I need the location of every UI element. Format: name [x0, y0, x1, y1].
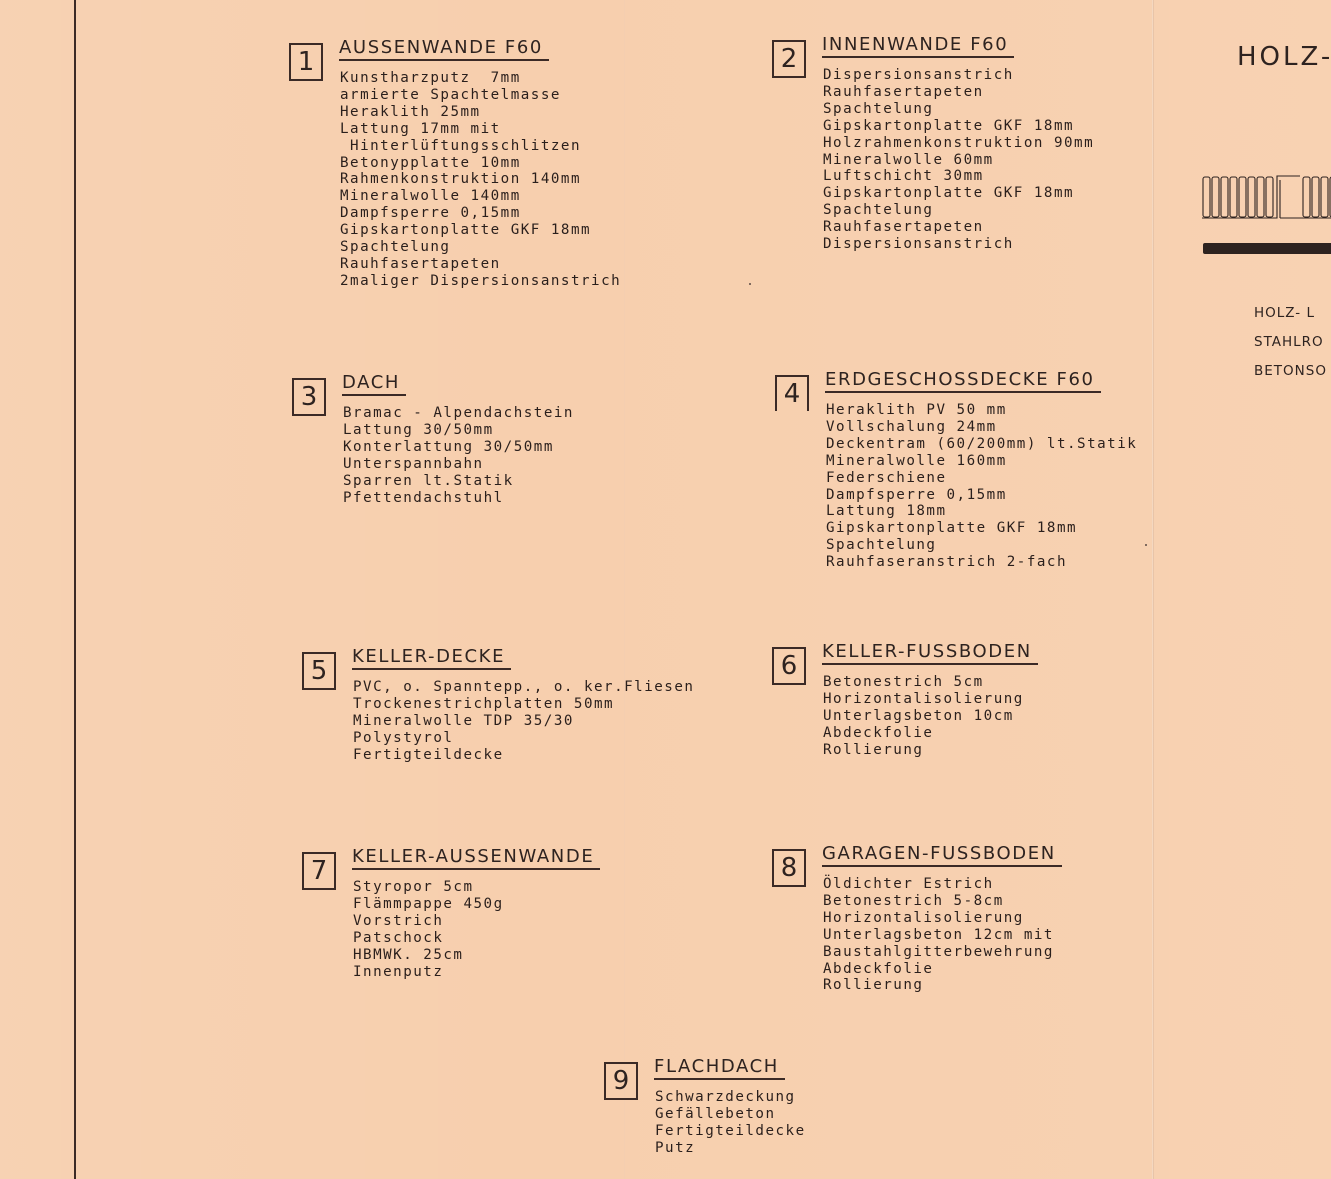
layer-list: Öldichter EstrichBetonestrich 5-8cmHoriz…: [823, 876, 1054, 994]
list-item: Vorstrich: [353, 913, 504, 930]
list-item: Dispersionsanstrich: [823, 67, 1094, 84]
list-item: Abdeckfolie: [823, 961, 1054, 978]
section-number-box: 9: [604, 1062, 638, 1100]
list-item: Betonestrich 5-8cm: [823, 893, 1054, 910]
list-item: Spachtelung: [823, 101, 1094, 118]
list-item: Rollierung: [823, 977, 1054, 994]
list-item: Gipskartonplatte GKF 18mm: [340, 222, 621, 239]
layer-list: SchwarzdeckungGefällebetonFertigteildeck…: [655, 1089, 806, 1157]
list-item: Luftschicht 30mm: [823, 168, 1094, 185]
list-item: Spachtelung: [826, 537, 1137, 554]
list-item: Gipskartonplatte GKF 18mm: [826, 520, 1137, 537]
list-item: Konterlattung 30/50mm: [343, 439, 574, 456]
list-item: Sparren lt.Statik: [343, 473, 574, 490]
section-number-box: 7: [302, 852, 336, 890]
layer-list: PVC, o. Spanntepp., o. ker.FliesenTrocke…: [353, 679, 694, 764]
list-item: Rollierung: [823, 742, 1024, 759]
list-item: HBMWK. 25cm: [353, 947, 504, 964]
list-item: Rahmenkonstruktion 140mm: [340, 171, 621, 188]
list-item: Lattung 17mm mit: [340, 121, 621, 138]
section-number-box: 3: [292, 378, 326, 416]
list-item: Polystyrol: [353, 730, 694, 747]
list-item: Kunstharzputz 7mm: [340, 70, 621, 87]
list-item: Rauhfaseranstrich 2-fach: [826, 554, 1137, 571]
section-title: AUSSENWANDE F60: [339, 37, 549, 61]
layer-list: Bramac - AlpendachsteinLattung 30/50mmKo…: [343, 405, 574, 506]
list-item: Heraklith PV 50 mm: [826, 402, 1137, 419]
section-number-box: 4: [775, 375, 809, 411]
section-title: INNENWANDE F60: [822, 34, 1014, 58]
section-number-box: 1: [289, 43, 323, 81]
section-title: KELLER-DECKE: [352, 646, 511, 670]
list-item: Mineralwolle 60mm: [823, 152, 1094, 169]
list-item: Vollschalung 24mm: [826, 419, 1137, 436]
list-item: Mineralwolle 160mm: [826, 453, 1137, 470]
list-item: Hinterlüftungsschlitzen: [340, 138, 621, 155]
list-item: Gipskartonplatte GKF 18mm: [823, 118, 1094, 135]
section-title: FLACHDACH: [654, 1056, 785, 1080]
section-title: DACH: [342, 372, 406, 396]
paper-speck: [1145, 544, 1147, 546]
list-item: Mineralwolle 140mm: [340, 188, 621, 205]
list-item: Heraklith 25mm: [340, 104, 621, 121]
list-item: BETONSO: [1254, 357, 1327, 386]
paper-speck: [749, 283, 751, 285]
list-item: Fertigteildecke: [353, 747, 694, 764]
right-panel-title: HOLZ-: [1237, 42, 1331, 72]
layer-list: DispersionsanstrichRauhfasertapetenSpach…: [823, 67, 1094, 253]
section-number-box: 5: [302, 652, 336, 690]
section-title: ERDGESCHOSSDECKE F60: [825, 369, 1101, 393]
list-item: Abdeckfolie: [823, 725, 1024, 742]
list-item: Rauhfasertapeten: [823, 84, 1094, 101]
list-item: Baustahlgitterbewehrung: [823, 944, 1054, 961]
list-item: Spachtelung: [823, 202, 1094, 219]
list-item: Pfettendachstuhl: [343, 490, 574, 507]
paper-fold-right: [1152, 0, 1154, 1179]
list-item: Styropor 5cm: [353, 879, 504, 896]
layer-list: Betonestrich 5cmHorizontalisolierungUnte…: [823, 674, 1024, 759]
list-item: Betonestrich 5cm: [823, 674, 1024, 691]
list-item: Holzrahmenkonstruktion 90mm: [823, 135, 1094, 152]
right-panel-labels: HOLZ- LSTAHLROBETONSO: [1254, 299, 1327, 386]
list-item: Mineralwolle TDP 35/30: [353, 713, 694, 730]
list-item: Flämmpappe 450g: [353, 896, 504, 913]
section-title: KELLER-FUSSBODEN: [822, 641, 1038, 665]
list-item: Betonypplatte 10mm: [340, 155, 621, 172]
section-number-box: 6: [772, 647, 806, 685]
list-item: Fertigteildecke: [655, 1123, 806, 1140]
margin-border-line: [74, 0, 76, 1179]
list-item: 2maliger Dispersionsanstrich: [340, 273, 621, 290]
list-item: Horizontalisolierung: [823, 691, 1024, 708]
section-number-box: 8: [772, 849, 806, 887]
list-item: Unterlagsbeton 10cm: [823, 708, 1024, 725]
list-item: Öldichter Estrich: [823, 876, 1054, 893]
paper-background: [0, 0, 1331, 1179]
list-item: Trockenestrichplatten 50mm: [353, 696, 694, 713]
list-item: Dampfsperre 0,15mm: [340, 205, 621, 222]
list-item: Dispersionsanstrich: [823, 236, 1094, 253]
list-item: Gipskartonplatte GKF 18mm: [823, 185, 1094, 202]
list-item: Bramac - Alpendachstein: [343, 405, 574, 422]
layer-list: Kunstharzputz 7mmarmierte SpachtelmasseH…: [340, 70, 621, 290]
wall-section-legend-graphic: [1202, 174, 1331, 222]
list-item: Gefällebeton: [655, 1106, 806, 1123]
section-title: GARAGEN-FUSSBODEN: [822, 843, 1062, 867]
list-item: Unterlagsbeton 12cm mit: [823, 927, 1054, 944]
list-item: Lattung 30/50mm: [343, 422, 574, 439]
list-item: HOLZ- L: [1254, 299, 1327, 328]
list-item: Rauhfasertapeten: [340, 256, 621, 273]
list-item: STAHLRO: [1254, 328, 1327, 357]
section-title: KELLER-AUSSENWANDE: [352, 846, 600, 870]
layer-list: Styropor 5cmFlämmpappe 450gVorstrichPats…: [353, 879, 504, 980]
list-item: Putz: [655, 1140, 806, 1157]
list-item: armierte Spachtelmasse: [340, 87, 621, 104]
paper-fold-center: [624, 0, 625, 1179]
list-item: Rauhfasertapeten: [823, 219, 1094, 236]
list-item: Federschiene: [826, 470, 1137, 487]
list-item: Unterspannbahn: [343, 456, 574, 473]
list-item: Lattung 18mm: [826, 503, 1137, 520]
layer-list: Heraklith PV 50 mmVollschalung 24mmDecke…: [826, 402, 1137, 571]
list-item: Dampfsperre 0,15mm: [826, 487, 1137, 504]
list-item: Patschock: [353, 930, 504, 947]
list-item: Innenputz: [353, 964, 504, 981]
list-item: PVC, o. Spanntepp., o. ker.Fliesen: [353, 679, 694, 696]
list-item: Horizontalisolierung: [823, 910, 1054, 927]
list-item: Spachtelung: [340, 239, 621, 256]
concrete-slab-bar: [1203, 243, 1331, 254]
section-number-box: 2: [772, 40, 806, 78]
list-item: Deckentram (60/200mm) lt.Statik: [826, 436, 1137, 453]
list-item: Schwarzdeckung: [655, 1089, 806, 1106]
